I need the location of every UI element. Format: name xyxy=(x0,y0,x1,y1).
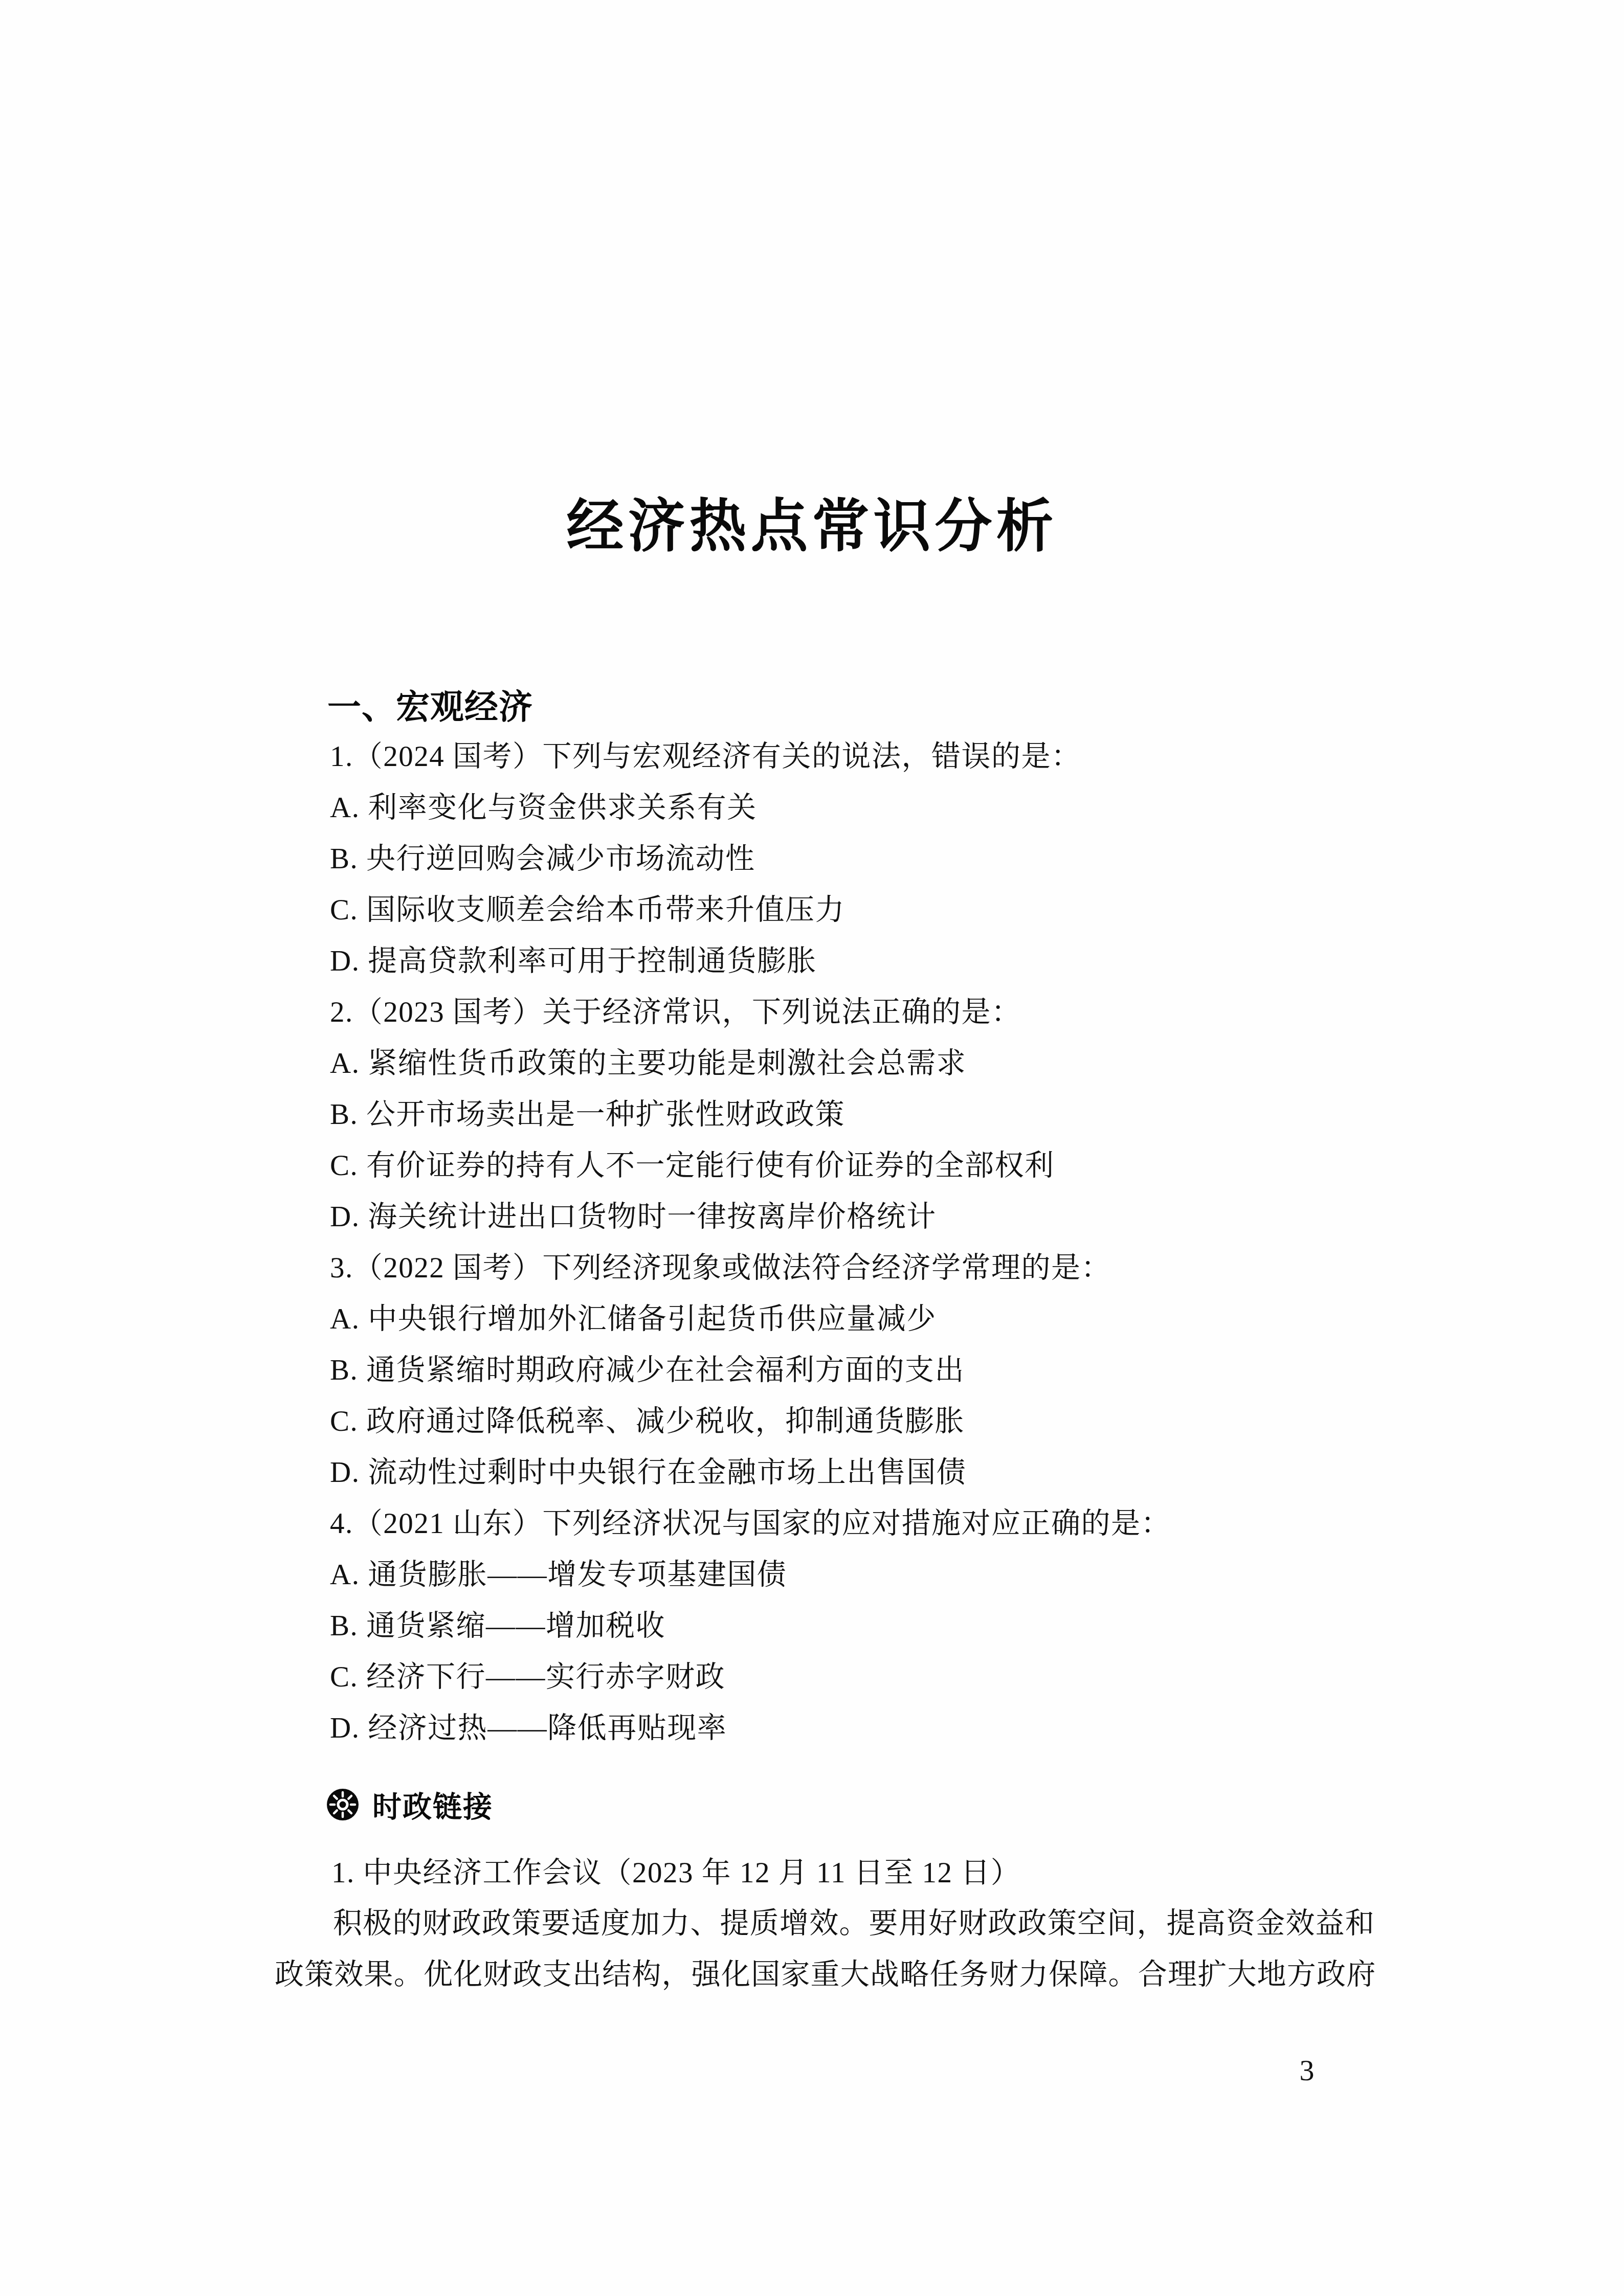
option-line: B. 央行逆回购会减少市场流动性 xyxy=(330,834,1171,885)
option-line: C. 经济下行——实行赤字财政 xyxy=(330,1652,1171,1703)
option-line: C. 国际收支顺差会给本币带来升值压力 xyxy=(330,885,1171,936)
question-line: 4.（2021 山东）下列经济状况与国家的应对措施对应正确的是： xyxy=(330,1498,1171,1549)
current-affairs-heading: 时政链接 xyxy=(372,1784,493,1826)
question-line: 2.（2023 国考）关于经济常识，下列说法正确的是： xyxy=(330,987,1171,1038)
option-line: D. 提高贷款利率可用于控制通货膨胀 xyxy=(330,936,1171,987)
section-heading: 一、宏观经济 xyxy=(327,681,533,732)
option-line: D. 经济过热——降低再贴现率 xyxy=(330,1703,1171,1754)
option-line: D. 流动性过剩时中央银行在金融市场上出售国债 xyxy=(330,1447,1171,1498)
question-line: 1.（2024 国考）下列与宏观经济有关的说法，错误的是： xyxy=(330,731,1171,782)
option-line: A. 利率变化与资金供求关系有关 xyxy=(330,782,1171,834)
option-line: A. 紧缩性货币政策的主要功能是刺激社会总需求 xyxy=(330,1038,1171,1089)
page-title: 经济热点常识分析 xyxy=(0,488,1624,565)
sun-icon xyxy=(326,1788,359,1821)
current-affairs-header: 时政链接 xyxy=(326,1787,493,1822)
paragraph-line: 政策效果。优化财政支出结构，强化国家重大战略任务财力保障。合理扩大地方政府 xyxy=(275,1949,1376,2000)
page-number: 3 xyxy=(1279,2055,1335,2086)
paragraph-line: 积极的财政政策要适度加力、提质增效。要用好财政政策空间，提高资金效益和 xyxy=(275,1898,1376,1949)
option-line: A. 通货膨胀——增发专项基建国债 xyxy=(330,1549,1171,1601)
option-line: B. 通货紧缩时期政府减少在社会福利方面的支出 xyxy=(330,1345,1171,1396)
option-line: B. 公开市场卖出是一种扩张性财政政策 xyxy=(330,1089,1171,1140)
current-affairs-paragraph: 积极的财政政策要适度加力、提质增效。要用好财政政策空间，提高资金效益和 政策效果… xyxy=(275,1898,1376,2000)
option-line: C. 政府通过降低税率、减少税收，抑制通货膨胀 xyxy=(330,1396,1171,1447)
option-line: D. 海关统计进出口货物时一律按离岸价格统计 xyxy=(330,1191,1171,1243)
option-line: A. 中央银行增加外汇储备引起货币供应量减少 xyxy=(330,1294,1171,1345)
option-line: C. 有价证券的持有人不一定能行使有价证券的全部权利 xyxy=(330,1140,1171,1191)
question-list: 1.（2024 国考）下列与宏观经济有关的说法，错误的是： A. 利率变化与资金… xyxy=(330,731,1171,1754)
scanned-document-page: 经济热点常识分析 一、宏观经济 1.（2024 国考）下列与宏观经济有关的说法，… xyxy=(0,0,1624,2296)
option-line: B. 通货紧缩——增加税收 xyxy=(330,1601,1171,1652)
question-line: 3.（2022 国考）下列经济现象或做法符合经济学常理的是： xyxy=(330,1243,1171,1294)
current-affairs-item-title: 1. 中央经济工作会议（2023 年 12 月 11 日至 12 日） xyxy=(331,1848,1020,1899)
